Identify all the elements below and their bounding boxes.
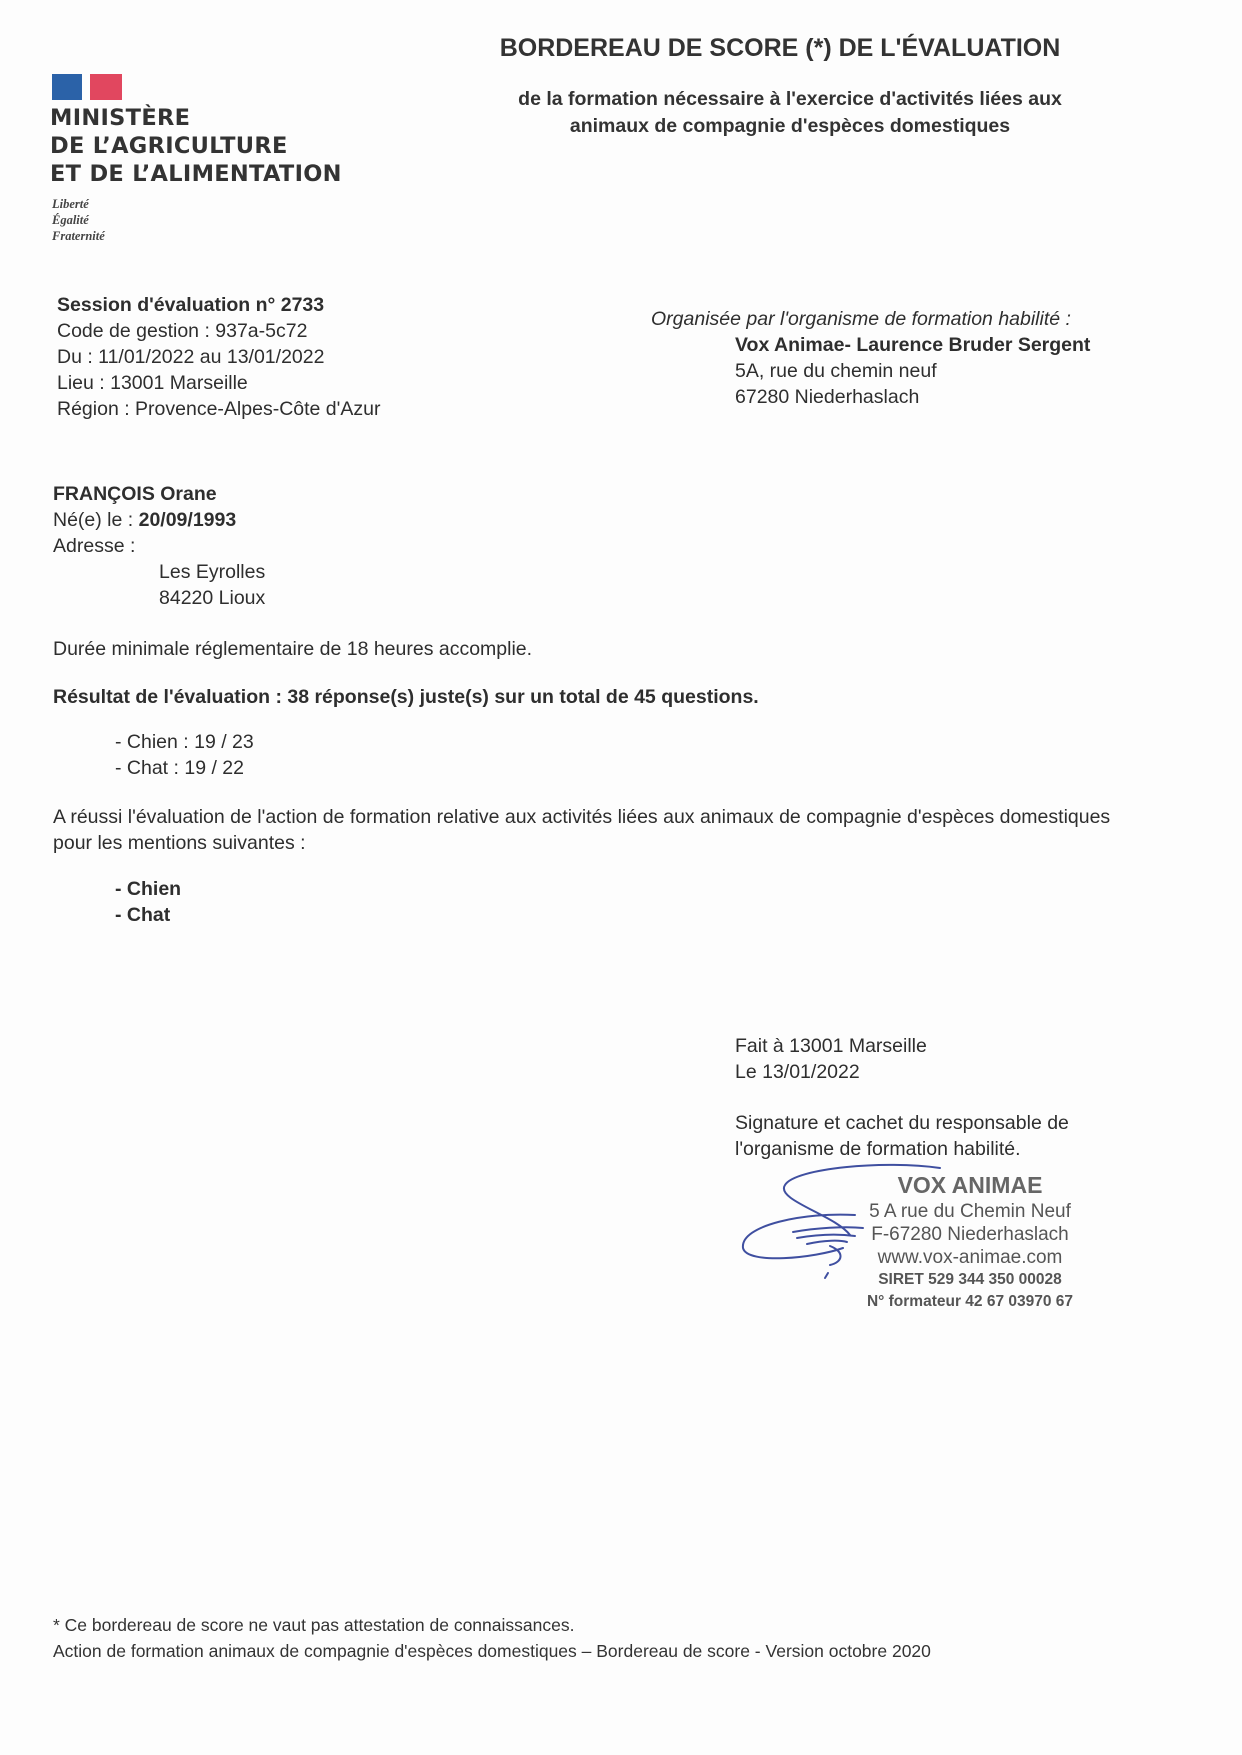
score-item: - Chat : 19 / 22 [115,755,254,781]
ministry-name: MINISTÈRE DE L’AGRICULTURE ET DE L’ALIME… [50,104,342,188]
candidate-name: FRANÇOIS Orane [53,481,265,507]
address-label: Adresse : [53,533,265,559]
subtitle-line: animaux de compagnie d'espèces domestiqu… [440,113,1140,140]
address-line: 84220 Lioux [53,585,265,611]
flag-blue-band [52,74,82,100]
candidate-birth: Né(e) le : 20/09/1993 [53,507,265,533]
motto-line: Fraternité [52,228,105,244]
footer-version: Action de formation animaux de compagnie… [53,1638,931,1664]
document-title: BORDEREAU DE SCORE (*) DE L'ÉVALUATION [430,34,1130,63]
stamp-formateur: N° formateur 42 67 03970 67 [840,1291,1100,1313]
document-subtitle: de la formation nécessaire à l'exercice … [440,86,1140,140]
mention-item: - Chat [115,902,181,928]
signature-label-line: l'organisme de formation habilité. [735,1136,1069,1162]
session-lieu: Lieu : 13001 Marseille [57,370,380,396]
organizer-name: Vox Animae- Laurence Bruder Sergent [651,332,1090,358]
footer-note: * Ce bordereau de score ne vaut pas atte… [53,1612,931,1638]
handwritten-signature [735,1160,955,1280]
flag-red-band [90,74,122,100]
birth-date: 20/09/1993 [139,509,237,531]
motto-line: Liberté [52,196,105,212]
subtitle-line: de la formation nécessaire à l'exercice … [440,86,1140,113]
score-item: - Chien : 19 / 23 [115,729,254,755]
session-code: Code de gestion : 937a-5c72 [57,318,380,344]
ministry-line: DE L’AGRICULTURE [50,132,342,160]
organizer-info: Organisée par l'organisme de formation h… [651,306,1090,410]
organizer-city: 67280 Niederhaslach [651,384,1090,410]
footer: * Ce bordereau de score ne vaut pas atte… [53,1612,931,1664]
flag-white-band [82,74,90,100]
organizer-intro: Organisée par l'organisme de formation h… [651,306,1090,332]
session-region: Région : Provence-Alpes-Côte d'Azur [57,396,380,422]
ministry-line: ET DE L’ALIMENTATION [50,160,342,188]
score-list: - Chien : 19 / 23 - Chat : 19 / 22 [115,729,254,781]
mention-item: - Chien [115,876,181,902]
session-info: Session d'évaluation n° 2733 Code de ges… [57,292,380,422]
signature-place-date: Fait à 13001 Marseille Le 13/01/2022 [735,1033,927,1085]
marianne-flag-logo [52,74,122,100]
candidate-info: FRANÇOIS Orane Né(e) le : 20/09/1993 Adr… [53,481,265,611]
signature-date: Le 13/01/2022 [735,1059,927,1085]
address-line: Les Eyrolles [53,559,265,585]
motto-line: Égalité [52,212,105,228]
signature-label-line: Signature et cachet du responsable de [735,1110,1069,1136]
republic-motto: Liberté Égalité Fraternité [52,196,105,244]
session-title: Session d'évaluation n° 2733 [57,292,380,318]
evaluation-result: Résultat de l'évaluation : 38 réponse(s)… [53,684,759,710]
ministry-line: MINISTÈRE [50,104,342,132]
mention-list: - Chien - Chat [115,876,181,928]
birth-label: Né(e) le : [53,509,139,531]
duration-statement: Durée minimale réglementaire de 18 heure… [53,636,532,662]
organizer-street: 5A, rue du chemin neuf [651,358,1090,384]
session-dates: Du : 11/01/2022 au 13/01/2022 [57,344,380,370]
signature-strokes [743,1165,940,1278]
success-statement: A réussi l'évaluation de l'action de for… [53,804,1113,856]
signature-label: Signature et cachet du responsable de l'… [735,1110,1069,1162]
signature-place: Fait à 13001 Marseille [735,1033,927,1059]
